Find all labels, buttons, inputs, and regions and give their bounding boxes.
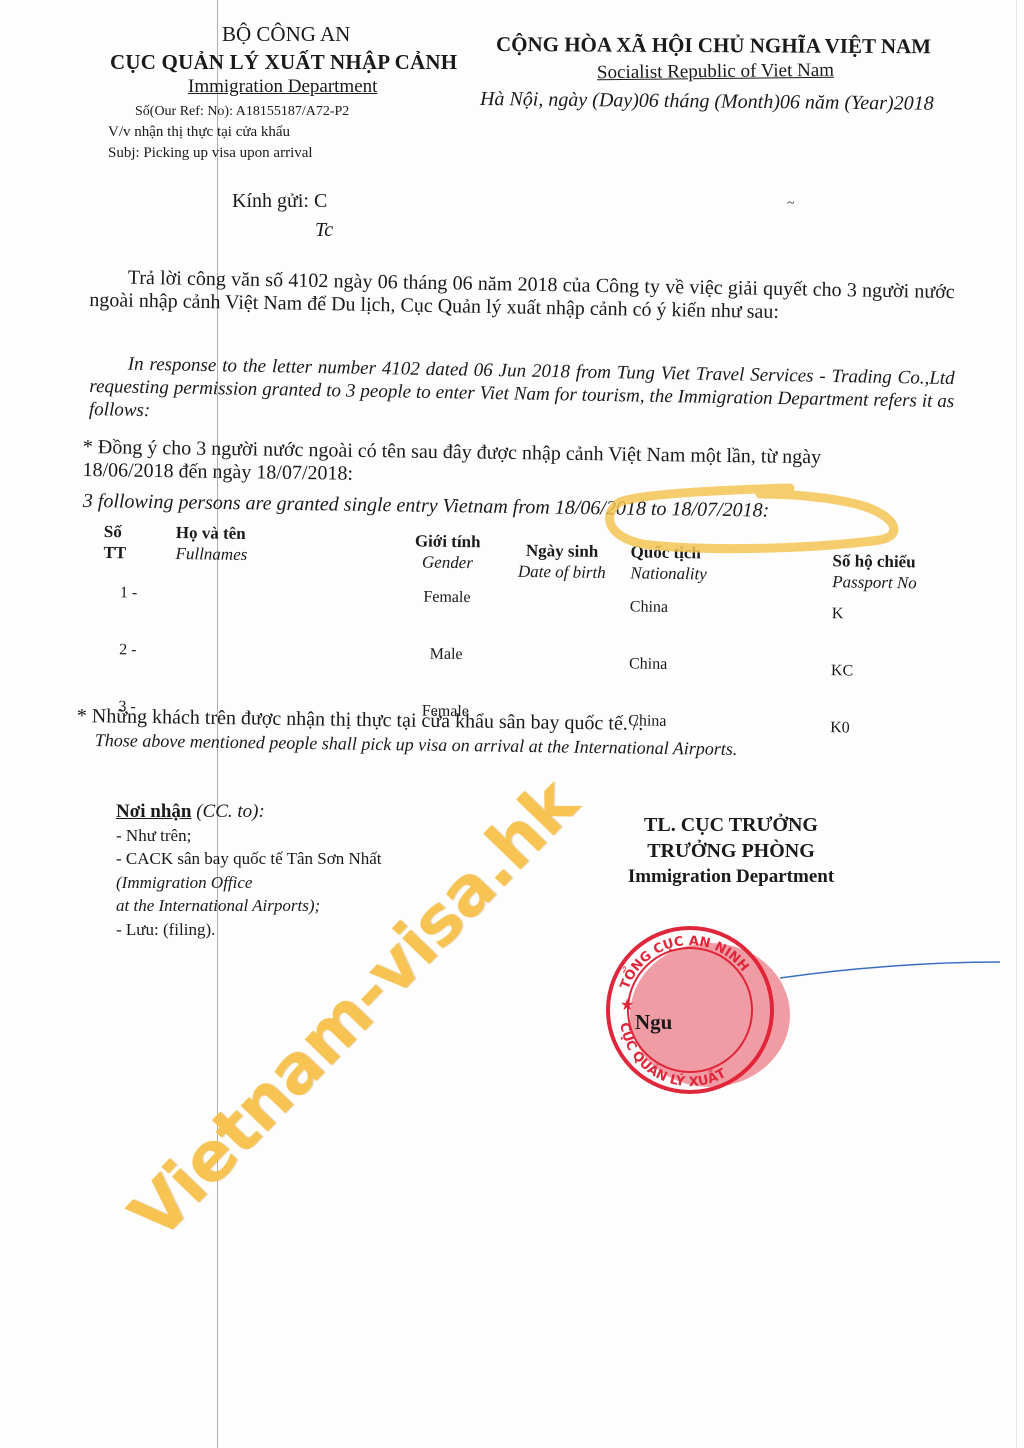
approval-paragraph-en: 3 following persons are granted single e… [83,490,863,524]
place-date: Hà Nội, ngày (Day)06 tháng (Month)06 năm… [480,88,934,116]
row-number: 1 - [101,583,174,641]
reply-paragraph-en: In response to the letter number 4102 da… [89,352,955,436]
header-en: Date of birth [504,561,619,584]
col-nationality: Quốc tịchNationality [620,527,832,593]
subject-en: Subj: Picking up visa upon arrival [108,145,313,162]
cc-item: at the International Airports); [116,894,382,918]
header-vn: Ngày sinh [504,540,619,563]
country-name: CỘNG HÒA XÃ HỘI CHỦ NGHĨA VIỆT NAM [496,32,931,59]
row-name [173,584,391,644]
recipient-en: Tc [315,219,333,242]
signature-block: TL. CỤC TRƯỞNG TRƯỞNG PHÒNG Immigration … [618,812,844,890]
subject-vn: V/v nhận thị thực tại cửa khẩu [108,124,290,141]
row-passport: KC [829,650,942,709]
signature-dept: Immigration Department [618,864,844,890]
header-en: Passport No [832,571,942,594]
col-number: SốTT [102,520,175,584]
cc-item: - CACK sân bay quốc tế Tân Sơn Nhất [116,847,382,871]
header-vn: Giới tính [393,530,503,553]
row-name [173,641,391,701]
header-en: Gender [392,551,502,574]
signature-position: TRƯỞNG PHÒNG [618,838,844,864]
header-en: TT [103,542,173,564]
col-dob: Ngày sinhDate of birth [503,526,621,591]
header-en: Fullnames [175,543,390,567]
svg-text:TỔNG CỤC AN NINH: TỔNG CỤC AN NINH [618,934,752,992]
reference-number: Số(Our Ref: No): A18155187/A72-P2 [135,104,349,120]
row-gender: Male [390,644,503,703]
table-header-row: SốTT Họ và tênFullnames Giới tínhGender … [102,520,944,595]
signer-name-partial: Ngu [635,1010,672,1035]
row-nationality: China [619,590,831,650]
cc-title-en: (CC. to): [191,801,264,822]
col-fullname: Họ và tênFullnames [174,521,392,587]
page-edge [1016,0,1017,1448]
col-gender: Giới tínhGender [391,524,504,589]
header-vn: Họ và tên [176,522,391,546]
svg-text:★: ★ [620,997,634,1014]
cc-title: Nơi nhận [116,801,191,822]
row-number: 2 - [101,640,174,698]
cc-item: - Như trên; [116,824,382,848]
svg-text:CỤC QUẢN LÝ XUẤT: CỤC QUẢN LÝ XUẤT [616,1021,728,1090]
agency-name: CỤC QUẢN LÝ XUẤT NHẬP CẢNH [110,50,457,75]
row-passport: K0 [829,707,942,766]
cc-heading: Nơi nhận (CC. to): [116,800,382,824]
row-dob [502,589,620,648]
country-name-en: Socialist Republic of Viet Nam [597,60,834,84]
approval-paragraph-vn: * Đồng ý cho 3 người nước ngoài có tên s… [82,436,913,494]
signature-stroke [780,962,1000,978]
row-gender: Female [390,587,503,646]
ministry-name: BỘ CÔNG AN [222,22,350,47]
agency-name-en: Immigration Department [188,76,377,98]
cc-list: Nơi nhận (CC. to): - Như trên; - CACK sâ… [116,800,382,941]
approval-dates: 18/06/2018 to 18/07/2018: [555,497,770,522]
redacted-mark: ~ [787,196,795,212]
signature-title: TL. CỤC TRƯỞNG [618,812,844,838]
header-vn: Số hộ chiếu [832,550,942,573]
reply-paragraph-vn: Trả lời công văn số 4102 ngày 06 tháng 0… [89,266,955,327]
salutation: Kính gửi: C [232,190,327,213]
cc-item: (Immigration Office [116,871,382,895]
cc-item: - Lưu: (filing). [116,918,382,942]
header-vn: Số [104,521,174,543]
col-passport: Số hộ chiếuPassport No [831,530,944,595]
row-passport: K [830,593,943,652]
header-en: Nationality [630,562,830,586]
approval-prefix: 3 following persons are granted single e… [83,490,555,519]
header-vn: Quốc tịch [630,541,830,565]
row-dob [501,646,619,705]
row-nationality: China [618,647,830,707]
